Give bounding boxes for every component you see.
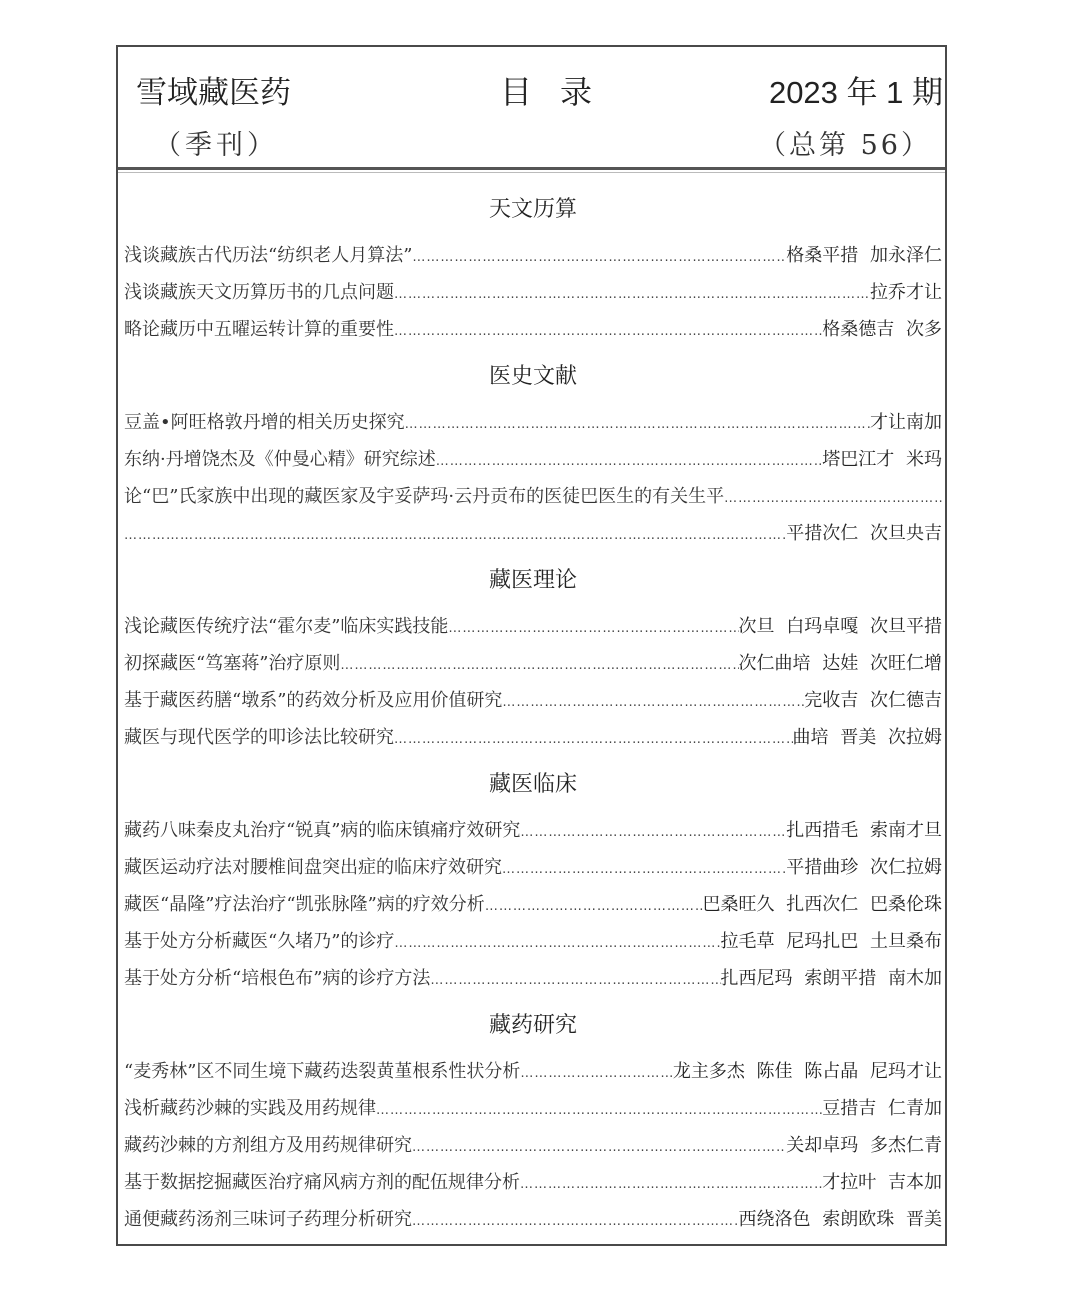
toc-entry[interactable]: 基于处方分析藏医“久堵乃”的诊疗 拉毛草 尼玛扎巴 土旦桑布	[124, 923, 942, 960]
article-authors: 拉毛草 尼玛扎巴 土旦桑布	[721, 923, 942, 960]
dot-leader	[430, 962, 720, 999]
toc-entry[interactable]: 基于处方分析“培根色布”病的诊疗方法 扎西尼玛 索朗平措 南木加	[124, 960, 942, 997]
dot-leader	[412, 1129, 786, 1166]
dot-leader	[124, 517, 786, 554]
toc-entry[interactable]: 藏医与现代医学的叩诊法比较研究 曲培 晋美 次拉姆	[124, 719, 942, 756]
article-authors: 曲培 晋美 次拉姆	[793, 719, 942, 756]
article-title: 浅论藏医传统疗法“霍尔麦”临床实践技能	[124, 608, 448, 645]
article-authors: 龙主多杰 陈佳 陈占晶 尼玛才让	[673, 1053, 942, 1090]
article-title: 浅谈藏族古代历法“纺织老人月算法”	[124, 237, 412, 274]
toc-entry-continuation[interactable]: 平措次仁 次旦央吉	[124, 515, 942, 552]
dot-leader	[520, 1055, 672, 1092]
article-authors: 平措次仁 次旦央吉	[786, 515, 942, 552]
article-title: 藏药沙棘的方剂组方及用药规律研究	[124, 1127, 412, 1164]
section-title: 藏医理论	[124, 566, 942, 596]
dot-leader	[394, 276, 870, 313]
section-title: 藏药研究	[124, 1011, 942, 1041]
article-title: 藏医与现代医学的叩诊法比较研究	[124, 719, 394, 756]
total-issue-number: （总第 56）	[759, 123, 931, 162]
article-authors: 平措曲珍 次仁拉姆	[786, 849, 942, 886]
dot-leader	[520, 814, 786, 851]
section-title: 藏医临床	[124, 770, 942, 800]
toc-entry[interactable]: 浅析藏药沙棘的实践及用药规律 豆措吉 仁青加	[124, 1090, 942, 1127]
toc-frame: 雪域藏医药 （季刊） 目录 2023 年 1 期 （总第 56） 天文历算 浅谈…	[116, 45, 947, 1246]
article-title: 初探藏医“笃塞蒋”治疗原则	[124, 645, 340, 682]
toc-entry[interactable]: 藏医运动疗法对腰椎间盘突出症的临床疗效研究 平措曲珍 次仁拉姆	[124, 849, 942, 886]
article-title: 豆盖•阿旺格敦丹增的相关历史探究	[124, 404, 405, 441]
article-authors: 完收吉 次仁德吉	[804, 682, 942, 719]
article-authors: 关却卓玛 多杰仁青	[786, 1127, 942, 1164]
dot-leader	[394, 313, 822, 350]
article-title: 藏医“晶隆”疗法治疗“凯张脉隆”病的疗效分析	[124, 886, 485, 923]
toc-header: 雪域藏医药 （季刊） 目录 2023 年 1 期 （总第 56）	[118, 47, 945, 169]
dot-leader	[376, 1092, 822, 1129]
journal-frequency: （季刊）	[154, 123, 278, 162]
dot-leader	[448, 610, 738, 647]
toc-entry[interactable]: 东纳·丹增饶杰及《仲曼心精》研究综述 塔巴江才 米玛	[124, 441, 942, 478]
article-title: 藏药八味秦皮丸治疗“锐真”病的临床镇痛疗效研究	[124, 812, 520, 849]
article-title: 基于处方分析“培根色布”病的诊疗方法	[124, 960, 430, 997]
header-divider	[118, 167, 945, 170]
toc-entry[interactable]: “麦秀林”区不同生境下藏药迭裂黄堇根系性状分析 龙主多杰 陈佳 陈占晶 尼玛才让	[124, 1053, 942, 1090]
toc-entry[interactable]: 基于数据挖掘藏医治疗痛风病方剂的配伍规律分析 才拉叶 吉本加	[124, 1164, 942, 1201]
toc-content: 天文历算 浅谈藏族古代历法“纺织老人月算法” 格桑平措 加永泽仁 浅谈藏族天文历…	[124, 181, 942, 1238]
toc-entry[interactable]: 论“巴”氏家族中出现的藏医家及宇妥萨玛·云丹贡布的医徒巴医生的有关生平	[124, 478, 942, 515]
article-authors: 拉乔才让	[870, 274, 942, 311]
dot-leader	[502, 851, 786, 888]
toc-title: 目录	[500, 67, 620, 113]
section-title: 天文历算	[124, 195, 942, 225]
toc-entry[interactable]: 浅谈藏族古代历法“纺织老人月算法” 格桑平措 加永泽仁	[124, 237, 942, 274]
article-authors: 塔巴江才 米玛	[822, 441, 942, 478]
article-authors: 巴桑旺久 扎西次仁 巴桑伦珠	[703, 886, 942, 923]
article-authors: 格桑德吉 次多	[822, 311, 942, 348]
toc-entry[interactable]: 藏药沙棘的方剂组方及用药规律研究 关却卓玛 多杰仁青	[124, 1127, 942, 1164]
issue-date: 2023 年 1 期	[769, 67, 943, 112]
toc-entry[interactable]: 初探藏医“笃塞蒋”治疗原则 次仁曲培 达娃 次旺仁增	[124, 645, 942, 682]
article-authors: 扎西措毛 索南才旦	[786, 812, 942, 849]
article-authors: 豆措吉 仁青加	[822, 1090, 942, 1127]
header-divider-secondary	[118, 172, 945, 173]
article-title: 藏医运动疗法对腰椎间盘突出症的临床疗效研究	[124, 849, 502, 886]
article-title: 浅谈藏族天文历算历书的几点问题	[124, 274, 394, 311]
toc-entry[interactable]: 藏药八味秦皮丸治疗“锐真”病的临床镇痛疗效研究 扎西措毛 索南才旦	[124, 812, 942, 849]
toc-entry[interactable]: 浅谈藏族天文历算历书的几点问题 拉乔才让	[124, 274, 942, 311]
toc-entry[interactable]: 略论藏历中五曜运转计算的重要性 格桑德吉 次多	[124, 311, 942, 348]
article-title: “麦秀林”区不同生境下藏药迭裂黄堇根系性状分析	[124, 1053, 520, 1090]
journal-name: 雪域藏医药	[136, 67, 291, 112]
article-authors: 西绕洛色 索朗欧珠 晋美	[739, 1201, 942, 1238]
dot-leader	[394, 925, 720, 962]
article-title: 基于藏医药膳“墩系”的药效分析及应用价值研究	[124, 682, 502, 719]
dot-leader	[412, 239, 786, 276]
dot-leader	[724, 480, 942, 517]
article-title: 略论藏历中五曜运转计算的重要性	[124, 311, 394, 348]
toc-entry[interactable]: 豆盖•阿旺格敦丹增的相关历史探究 才让南加	[124, 404, 942, 441]
article-title: 浅析藏药沙棘的实践及用药规律	[124, 1090, 376, 1127]
article-title: 基于处方分析藏医“久堵乃”的诊疗	[124, 923, 394, 960]
dot-leader	[405, 406, 870, 443]
dot-leader	[485, 888, 703, 925]
article-title: 基于数据挖掘藏医治疗痛风病方剂的配伍规律分析	[124, 1164, 520, 1201]
dot-leader	[502, 684, 804, 721]
dot-leader	[520, 1166, 822, 1203]
article-authors: 才拉叶 吉本加	[822, 1164, 942, 1201]
article-authors: 次旦 白玛卓嘎 次旦平措	[739, 608, 942, 645]
article-authors: 扎西尼玛 索朗平措 南木加	[721, 960, 942, 997]
dot-leader	[340, 647, 738, 684]
article-authors: 才让南加	[870, 404, 942, 441]
toc-entry[interactable]: 基于藏医药膳“墩系”的药效分析及应用价值研究 完收吉 次仁德吉	[124, 682, 942, 719]
section-title: 医史文献	[124, 362, 942, 392]
article-authors: 格桑平措 加永泽仁	[786, 237, 942, 274]
toc-entry[interactable]: 浅论藏医传统疗法“霍尔麦”临床实践技能 次旦 白玛卓嘎 次旦平措	[124, 608, 942, 645]
article-title: 论“巴”氏家族中出现的藏医家及宇妥萨玛·云丹贡布的医徒巴医生的有关生平	[124, 478, 724, 515]
toc-entry[interactable]: 通便藏药汤剂三味诃子药理分析研究 西绕洛色 索朗欧珠 晋美	[124, 1201, 942, 1238]
dot-leader	[436, 443, 823, 480]
article-title: 通便藏药汤剂三味诃子药理分析研究	[124, 1201, 412, 1238]
article-title: 东纳·丹增饶杰及《仲曼心精》研究综述	[124, 441, 436, 478]
article-authors: 次仁曲培 达娃 次旺仁增	[739, 645, 942, 682]
toc-entry[interactable]: 藏医“晶隆”疗法治疗“凯张脉隆”病的疗效分析 巴桑旺久 扎西次仁 巴桑伦珠	[124, 886, 942, 923]
dot-leader	[394, 721, 793, 758]
dot-leader	[412, 1203, 739, 1240]
